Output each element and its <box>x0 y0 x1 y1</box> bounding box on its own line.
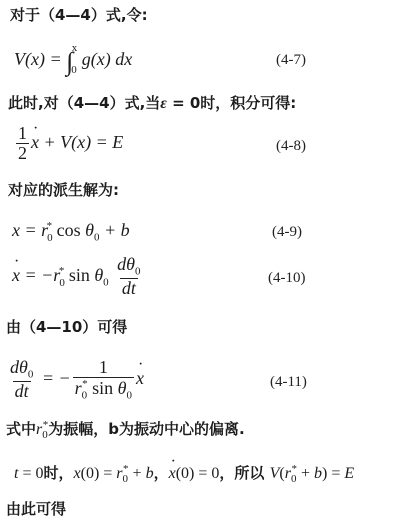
equation-4-10: x = −r0* sin θ0 dθ0dt <box>12 255 145 299</box>
equation-label-4-11: (4-11) <box>270 374 307 391</box>
text-line-8: 由（4—10）可得 <box>6 316 127 337</box>
text-line-3: 此时,对（4—4）式,当ε = 0时，积分可得: <box>8 92 296 113</box>
text-line-3-part-2: = 0时，积分可得: <box>167 94 296 112</box>
equation-label-4-8: (4-8) <box>276 138 306 155</box>
fraction-dtheta-dt: dθ0dt <box>115 255 142 299</box>
equation-label-4-9: (4-9) <box>272 224 302 241</box>
text-line-10-part-1: 式中 <box>6 420 36 438</box>
equation-4-9: x = r0* cos θ0 + b <box>12 220 130 244</box>
text-line-11: t = 0时，x(0) = r0* + b，x(0) = 0，所以 V(r0* … <box>14 462 354 485</box>
equation-4-11: dθ0dt = −1r0* sin θ0x <box>6 358 144 402</box>
equation-4-7: V(x) = ∫0x g(x) dx <box>14 42 132 77</box>
equation-label-4-7: (4-7) <box>276 52 306 69</box>
equation-label-4-10: (4-10) <box>268 270 306 287</box>
fraction-one-over-r-sin: 1r0* sin θ0 <box>73 358 134 402</box>
text-line-12: 由此可得 <box>6 498 66 519</box>
fraction-one-half: 12 <box>16 124 29 164</box>
equation-4-8: 12x + V(x) = E <box>14 124 123 164</box>
text-line-1: 对于（4—4）式,令: <box>10 4 148 25</box>
fraction-dtheta-dt: dθ0dt <box>8 358 35 402</box>
text-line-5: 对应的派生解为: <box>8 179 119 200</box>
text-line-3-part-1: 此时,对（4—4）式,当 <box>8 94 160 112</box>
text-line-10: 式中r0*为振幅，b为振动中心的偏离. <box>6 418 245 441</box>
text-line-10-part-2: 为振幅，b为振动中心的偏离. <box>48 420 244 438</box>
